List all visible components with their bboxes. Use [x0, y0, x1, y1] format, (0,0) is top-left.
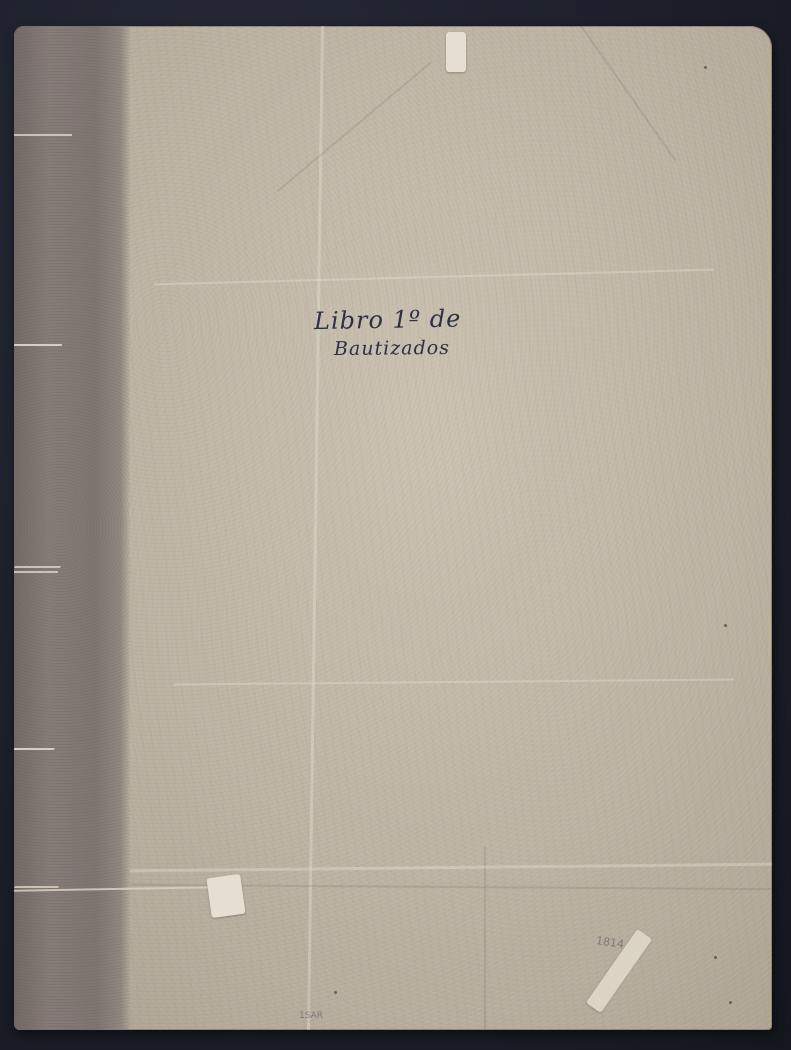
- paper-speck: [724, 624, 727, 627]
- book-cover: Libro 1º de Bautizados 1SAR 1814: [14, 26, 772, 1030]
- paper-crease: [174, 679, 734, 686]
- paper-tear: [446, 32, 466, 72]
- paper-crease: [572, 26, 677, 161]
- title-line-1: Libro 1º de: [314, 302, 554, 336]
- binding-stitch: [14, 344, 62, 346]
- paper-crease: [154, 269, 714, 286]
- paper-speck: [704, 66, 707, 69]
- paper-speck: [334, 991, 337, 994]
- paper-speck: [729, 1001, 732, 1004]
- faint-mark: 1SAR: [299, 1011, 323, 1021]
- binding-stitch: [14, 748, 54, 750]
- paper-tear: [206, 874, 245, 918]
- binding-stitch: [14, 134, 72, 136]
- handwritten-title: Libro 1º de Bautizados: [314, 304, 554, 362]
- paper-crease: [130, 863, 772, 873]
- photo-scene: Libro 1º de Bautizados 1SAR 1814: [0, 0, 791, 1050]
- paper-speck: [714, 956, 717, 959]
- title-line-2: Bautizados: [334, 333, 554, 363]
- binding-stitch: [14, 571, 58, 573]
- faint-mark: 1814: [595, 934, 625, 951]
- paper-crease: [277, 62, 431, 192]
- paper-crease: [484, 846, 486, 1030]
- paper-crease: [307, 26, 324, 1030]
